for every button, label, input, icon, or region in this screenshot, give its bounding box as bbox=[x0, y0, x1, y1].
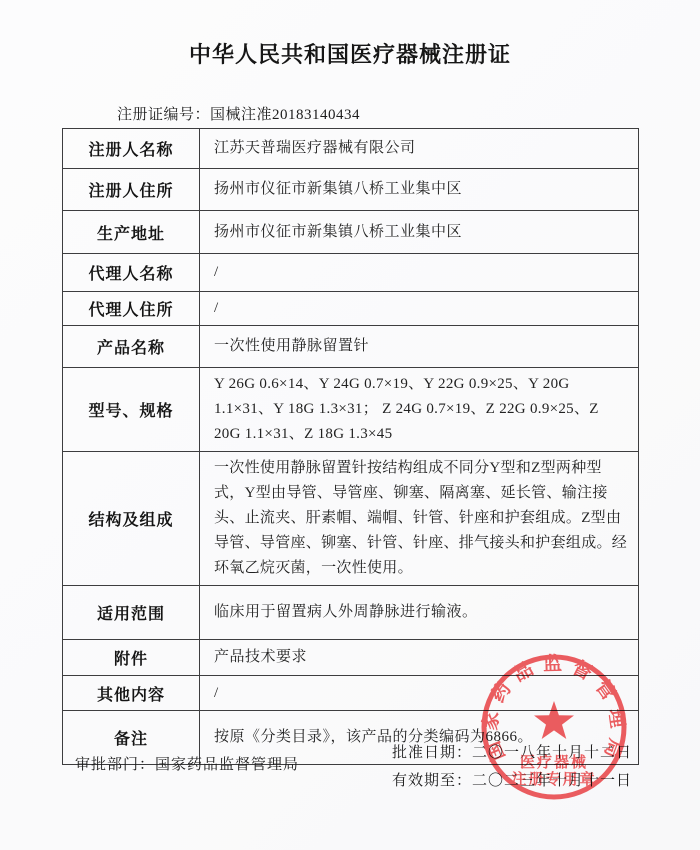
row-value: 江苏天普瑞医疗器械有限公司 bbox=[200, 129, 639, 169]
row-value: / bbox=[200, 676, 639, 711]
row-value: 产品技术要求 bbox=[200, 640, 639, 676]
row-label: 注册人名称 bbox=[63, 129, 200, 169]
table-row-production-address: 生产地址 扬州市仪征市新集镇八桥工业集中区 bbox=[63, 211, 639, 254]
row-value: / bbox=[200, 254, 639, 292]
row-label: 适用范围 bbox=[63, 586, 200, 640]
table-row-model-spec: 型号、规格 Y 26G 0.6×14、Y 24G 0.7×19、Y 22G 0.… bbox=[63, 368, 639, 452]
row-label: 注册人住所 bbox=[63, 169, 200, 211]
row-label: 其他内容 bbox=[63, 676, 200, 711]
registration-table: 注册人名称 江苏天普瑞医疗器械有限公司 注册人住所 扬州市仪征市新集镇八桥工业集… bbox=[62, 128, 639, 765]
certificate-page: 中华人民共和国医疗器械注册证 注册证编号：国械注准20183140434 注册人… bbox=[0, 0, 700, 850]
row-label: 产品名称 bbox=[63, 326, 200, 368]
table-row-attachment: 附件 产品技术要求 bbox=[63, 640, 639, 676]
row-label: 结构及组成 bbox=[63, 452, 200, 586]
cert-number: 注册证编号：国械注准20183140434 bbox=[117, 103, 360, 124]
table-row-agent-address: 代理人住所 / bbox=[63, 292, 639, 326]
row-value: 一次性使用静脉留置针 bbox=[200, 326, 639, 368]
row-value: 扬州市仪征市新集镇八桥工业集中区 bbox=[200, 211, 639, 254]
row-value: / bbox=[200, 292, 639, 326]
row-label: 代理人住所 bbox=[63, 292, 200, 326]
table-row-structure-composition: 结构及组成 一次性使用静脉留置针按结构组成不同分Y型和Z型两种型式，Y型由导管、… bbox=[63, 452, 639, 586]
approval-department-value: 国家药品监督管理局 bbox=[155, 757, 299, 773]
valid-until-label: 有效期至： bbox=[392, 773, 472, 789]
approval-department-label: 审批部门： bbox=[75, 757, 155, 773]
row-label: 附件 bbox=[63, 640, 200, 676]
approval-date-label: 批准日期： bbox=[392, 745, 472, 761]
row-label: 代理人名称 bbox=[63, 254, 200, 292]
approval-date: 批准日期：二〇一八年十月十二日 bbox=[392, 741, 632, 762]
row-value: 临床用于留置病人外周静脉进行输液。 bbox=[200, 586, 639, 640]
cert-number-value: 国械注准20183140434 bbox=[210, 107, 360, 123]
cert-number-label: 注册证编号： bbox=[117, 107, 210, 123]
table-row-scope-of-application: 适用范围 临床用于留置病人外周静脉进行输液。 bbox=[63, 586, 639, 640]
table-row-other-content: 其他内容 / bbox=[63, 676, 639, 711]
row-label: 型号、规格 bbox=[63, 368, 200, 452]
table-row-registrant-name: 注册人名称 江苏天普瑞医疗器械有限公司 bbox=[63, 129, 639, 169]
approval-department: 审批部门：国家药品监督管理局 bbox=[75, 753, 299, 774]
row-value: 一次性使用静脉留置针按结构组成不同分Y型和Z型两种型式，Y型由导管、导管座、铆塞… bbox=[200, 452, 639, 586]
valid-until-date: 有效期至：二〇二三年十月十一日 bbox=[392, 769, 632, 790]
approval-date-value: 二〇一八年十月十二日 bbox=[472, 745, 632, 761]
table-row-product-name: 产品名称 一次性使用静脉留置针 bbox=[63, 326, 639, 368]
row-value: Y 26G 0.6×14、Y 24G 0.7×19、Y 22G 0.9×25、Y… bbox=[200, 368, 639, 452]
valid-until-value: 二〇二三年十月十一日 bbox=[472, 773, 632, 789]
row-label: 生产地址 bbox=[63, 211, 200, 254]
table-row-agent-name: 代理人名称 / bbox=[63, 254, 639, 292]
table-row-registrant-address: 注册人住所 扬州市仪征市新集镇八桥工业集中区 bbox=[63, 169, 639, 211]
row-value: 扬州市仪征市新集镇八桥工业集中区 bbox=[200, 169, 639, 211]
page-title: 中华人民共和国医疗器械注册证 bbox=[0, 38, 700, 69]
